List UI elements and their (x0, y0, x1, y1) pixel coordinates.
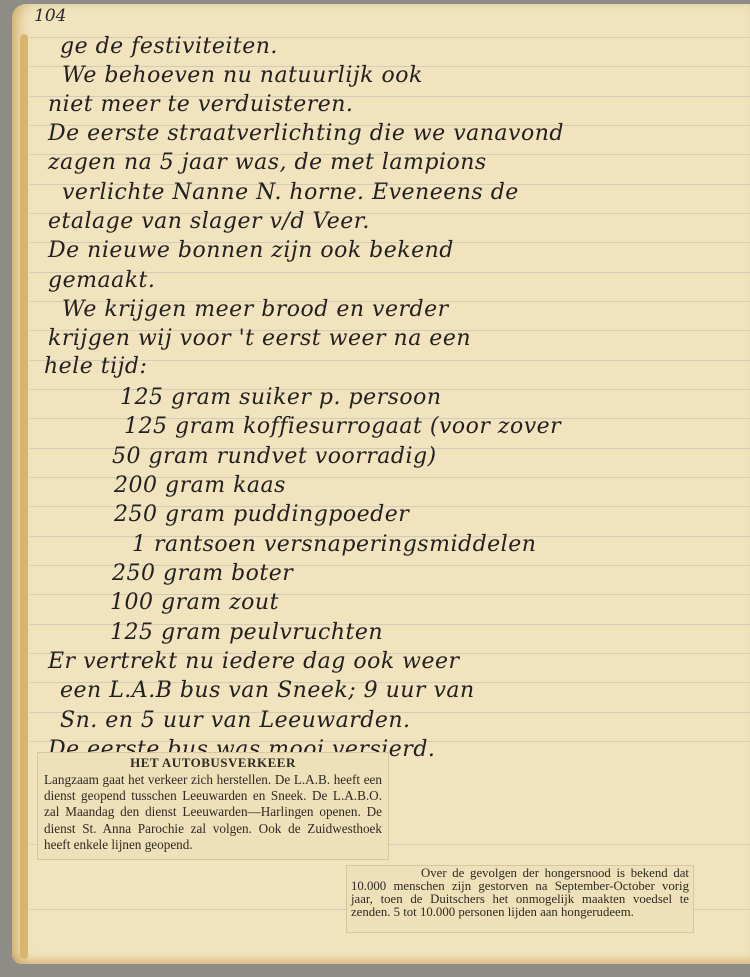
handwritten-line: De eerste straatverlichting die we vanav… (48, 121, 564, 146)
ration-item: 125 gram koffiesurrogaat (voor zover (124, 414, 561, 439)
newspaper-clipping-bus: HET AUTOBUSVERKEER Langzaam gaat het ver… (37, 752, 389, 860)
handwritten-line: krijgen wij voor 't eerst weer na een (48, 326, 471, 351)
ration-item: 50 gram rundvet voorradig) (112, 444, 437, 469)
handwritten-line: niet meer te verduisteren. (48, 92, 353, 117)
ration-item: 125 gram peulvruchten (110, 620, 383, 645)
clipping-body: Over de gevolgen der hongersnood is beke… (351, 867, 689, 919)
page-edge (20, 34, 28, 959)
handwritten-line: een L.A.B bus van Sneek; 9 uur van (60, 678, 475, 703)
ration-item: 250 gram boter (112, 561, 293, 586)
newspaper-clipping-famine: Over de gevolgen der hongersnood is beke… (346, 865, 694, 933)
handwritten-line: Er vertrekt nu iedere dag ook weer (48, 649, 460, 674)
ration-item: 250 gram puddingpoeder (114, 502, 409, 527)
handwritten-line: ge de festiviteiten. (60, 34, 278, 59)
handwritten-line: De nieuwe bonnen zijn ook bekend (48, 238, 454, 263)
handwritten-line: Sn. en 5 uur van Leeuwarden. (60, 708, 411, 733)
clipping-title: HET AUTOBUSVERKEER (44, 755, 382, 771)
page-number: 104 (34, 6, 66, 26)
handwritten-line: gemaakt. (48, 268, 155, 293)
ration-item: 1 rantsoen versnaperingsmiddelen (132, 532, 536, 557)
handwritten-line: verlichte Nanne N. horne. Eveneens de (62, 180, 519, 205)
handwritten-line: We krijgen meer brood en verder (62, 297, 449, 322)
handwritten-line: etalage van slager v/d Veer. (48, 209, 370, 234)
ration-item: 200 gram kaas (114, 473, 286, 498)
handwritten-line: We behoeven nu natuurlijk ook (62, 63, 423, 88)
handwritten-line: zagen na 5 jaar was, de met lampions (48, 150, 487, 175)
ration-item: 125 gram suiker p. persoon (120, 385, 442, 410)
handwritten-line: hele tijd: (44, 354, 147, 379)
clipping-body: Langzaam gaat het verkeer zich herstelle… (44, 772, 382, 853)
ration-item: 100 gram zout (110, 590, 279, 615)
